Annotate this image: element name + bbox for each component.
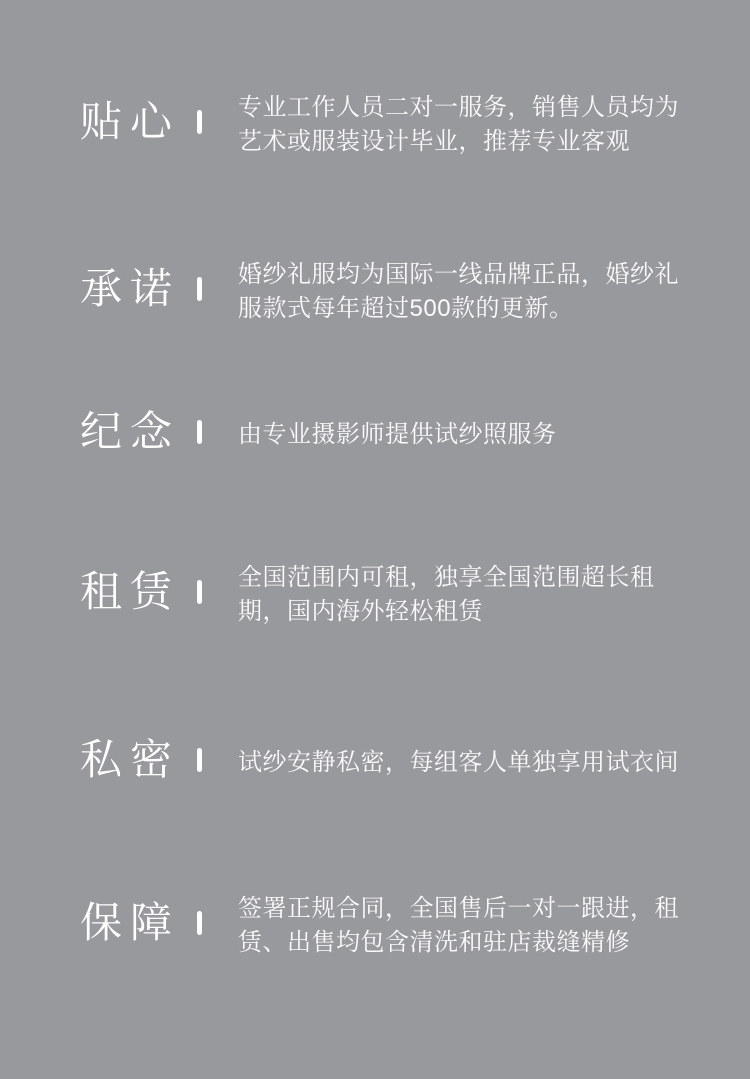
feature-row-chengnuo: 承诺 婚纱礼服均为国际一线品牌正品，婚纱礼服款式每年超过500款的更新。 <box>80 252 690 326</box>
vertical-divider <box>197 911 202 935</box>
feature-description: 专业工作人员二对一服务，销售人员均为艺术或服装设计毕业，推荐专业客观 <box>238 91 680 159</box>
feature-row-zulin: 租赁 全国范围内可租，独享全国范围超长租期，国内海外轻松租赁 <box>80 555 690 629</box>
feature-row-baozhang: 保障 签署正规合同，全国售后一对一跟进，租赁、出售均包含清洗和驻店裁缝精修 <box>80 886 690 960</box>
feature-description: 婚纱礼服均为国际一线品牌正品，婚纱礼服款式每年超过500款的更新。 <box>238 258 680 326</box>
feature-description: 签署正规合同，全国售后一对一跟进，租赁、出售均包含清洗和驻店裁缝精修 <box>238 892 680 960</box>
feature-title: 纪念 <box>80 411 197 453</box>
feature-title: 租赁 <box>80 571 197 613</box>
vertical-divider <box>197 277 202 301</box>
feature-description: 全国范围内可租，独享全国范围超长租期，国内海外轻松租赁 <box>238 561 680 629</box>
vertical-divider <box>197 748 202 772</box>
feature-row-simi: 私密 试纱安静私密，每组客人单独享用试衣间 <box>80 739 690 781</box>
feature-title: 保障 <box>80 902 197 944</box>
feature-title: 承诺 <box>80 268 197 310</box>
promo-page: { "page": { "background_color": "#98999d… <box>0 0 750 1079</box>
feature-row-tiexin: 贴心 专业工作人员二对一服务，销售人员均为艺术或服装设计毕业，推荐专业客观 <box>80 85 690 159</box>
feature-title: 贴心 <box>80 101 197 143</box>
feature-description: 试纱安静私密，每组客人单独享用试衣间 <box>238 746 680 780</box>
feature-title: 私密 <box>80 739 197 781</box>
vertical-divider <box>197 110 202 134</box>
feature-row-jinian: 纪念 由专业摄影师提供试纱照服务 <box>80 411 690 453</box>
feature-description: 由专业摄影师提供试纱照服务 <box>238 418 680 452</box>
vertical-divider <box>197 420 202 444</box>
vertical-divider <box>197 580 202 604</box>
